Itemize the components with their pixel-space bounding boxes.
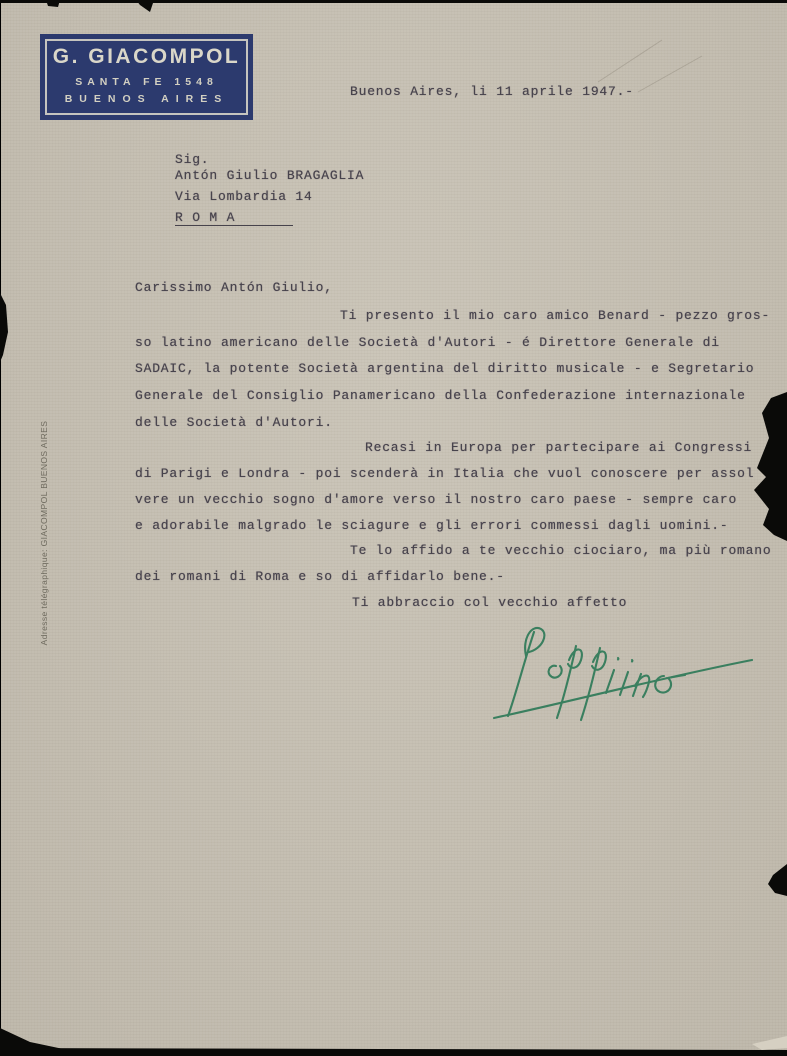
scanned-letter-page: G. GIACOMPOL SANTA FE 1548 BUENOS AIRES … xyxy=(0,0,787,1056)
scan-artifacts xyxy=(0,0,787,1056)
torn-corner-flap xyxy=(752,1036,787,1050)
